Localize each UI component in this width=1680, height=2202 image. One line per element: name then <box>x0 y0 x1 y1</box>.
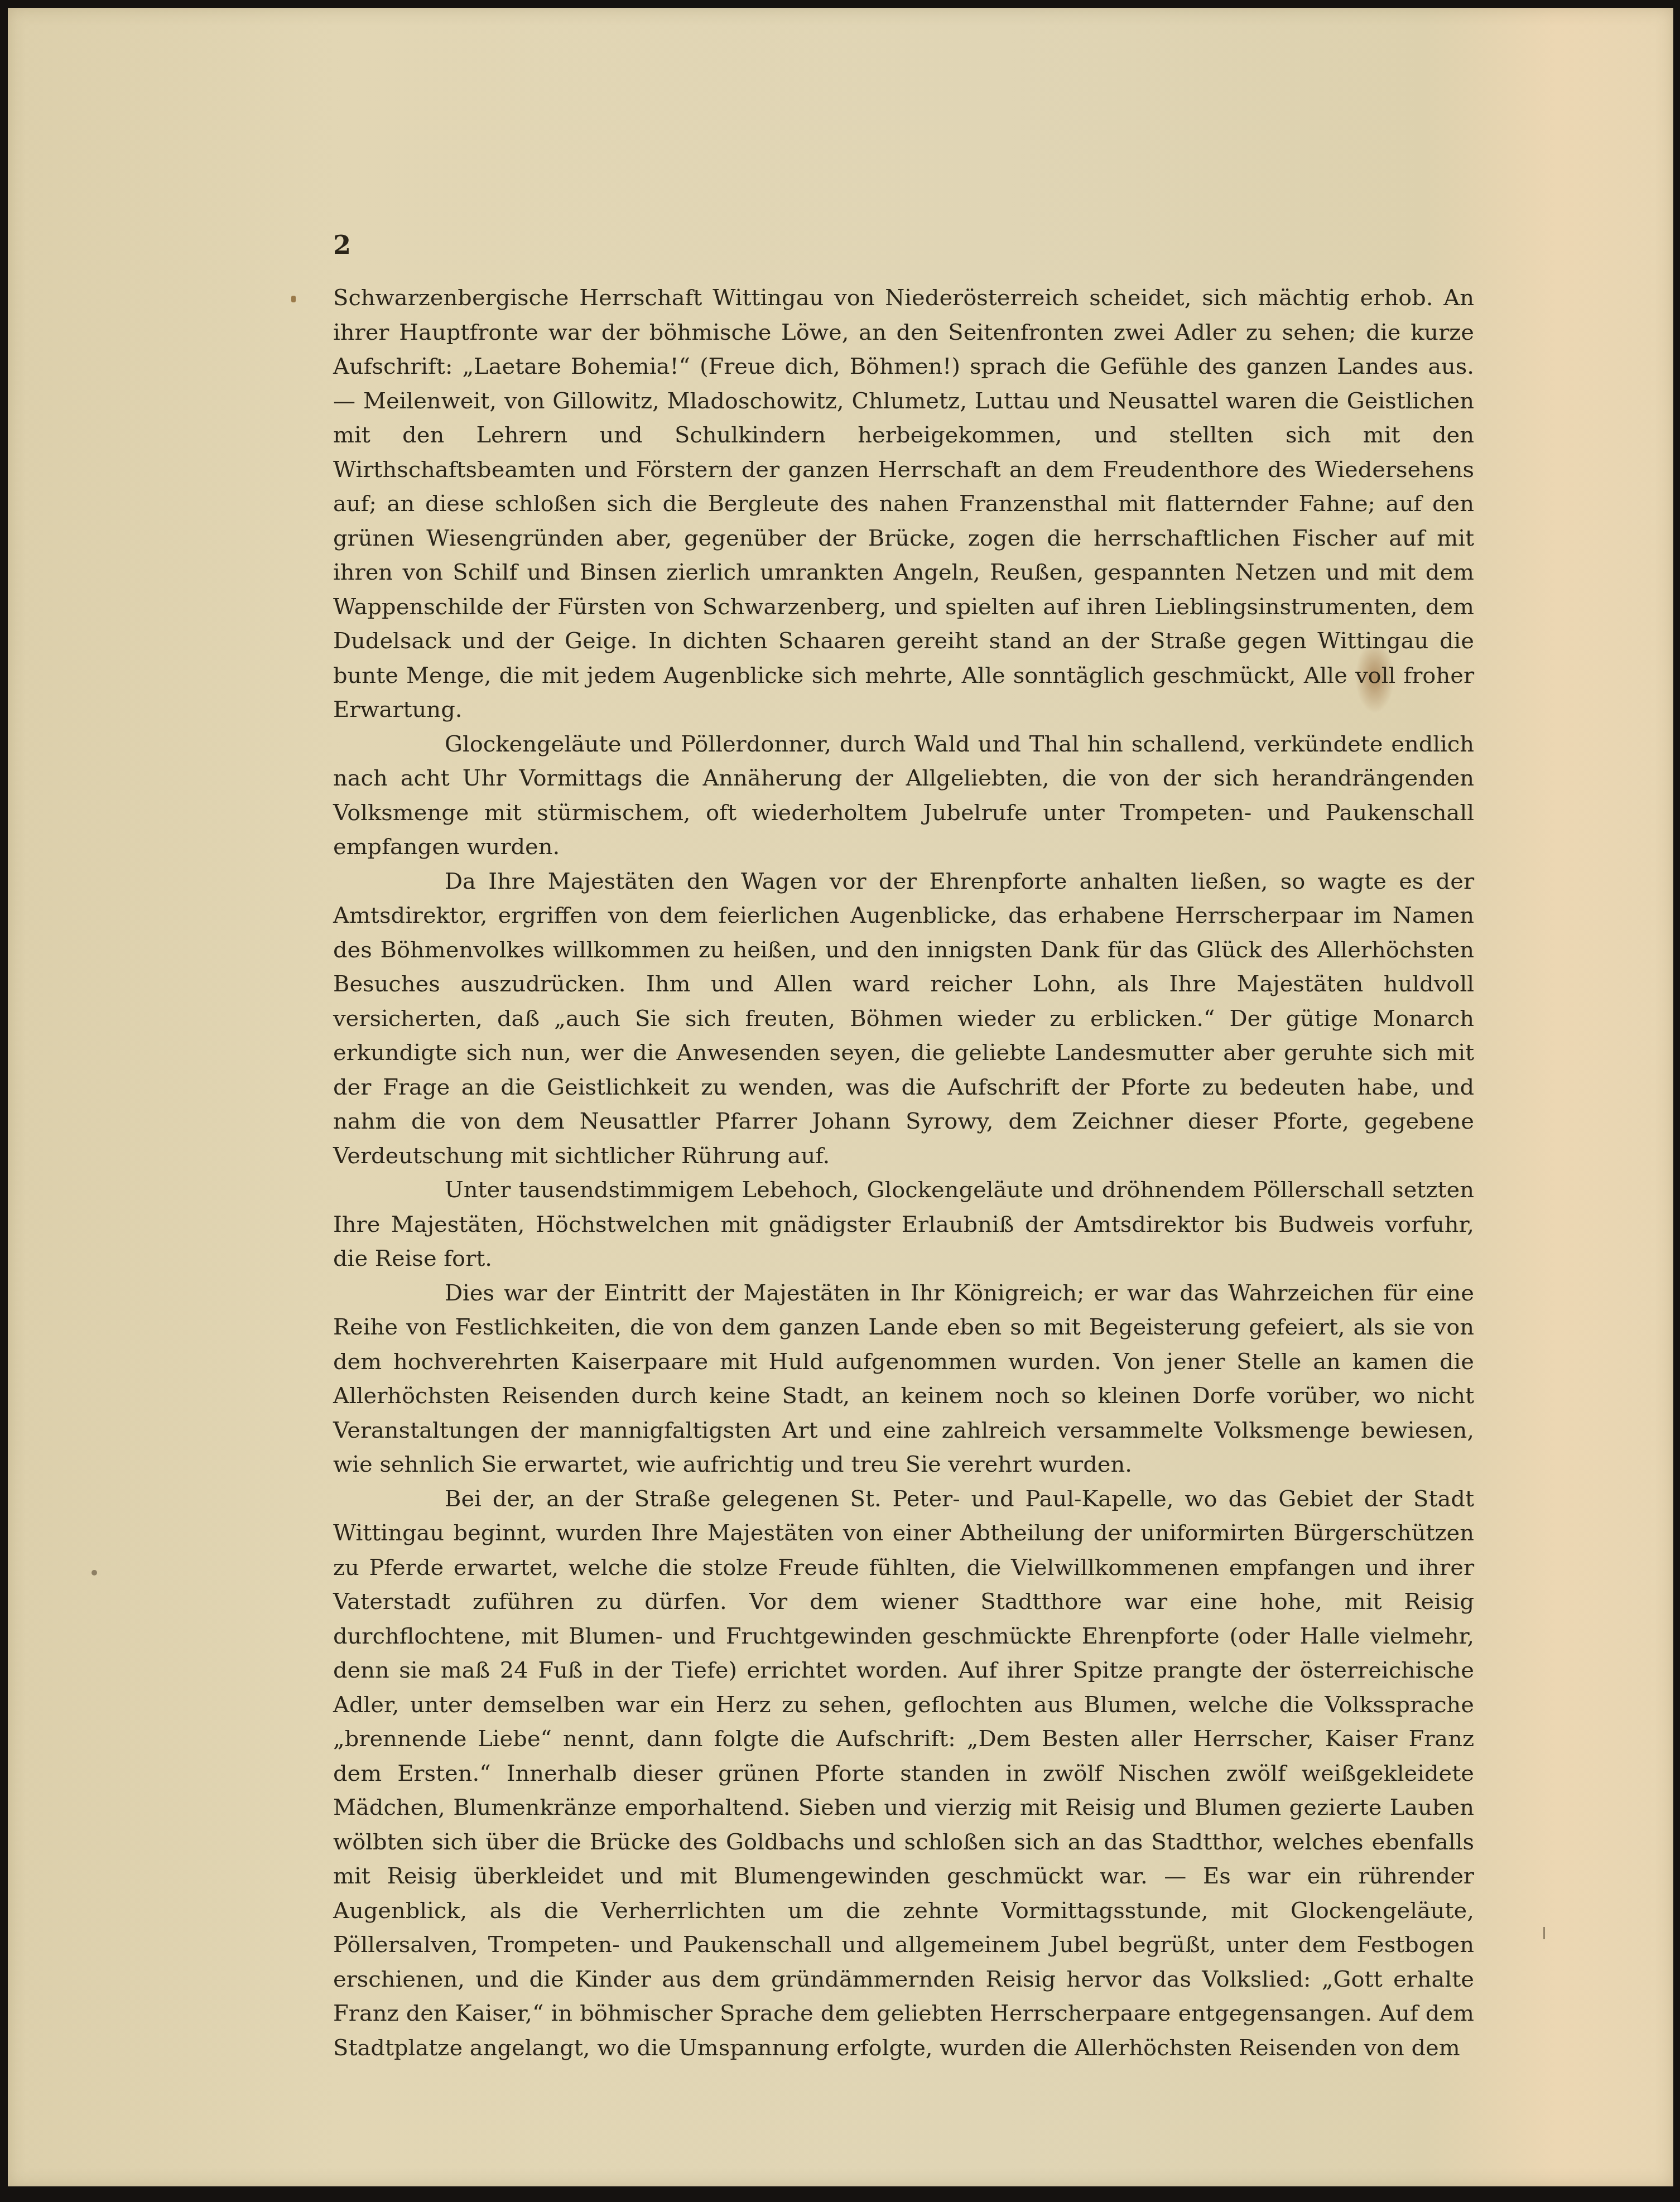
paragraph-3: Da Ihre Majestäten den Wagen vor der Ehr… <box>333 865 1474 1174</box>
page-number: 2 <box>333 230 351 260</box>
scanned-page: 2 Schwarzenbergische Herrschaft Wittinga… <box>8 8 1673 2186</box>
margin-tick <box>1543 1927 1545 1939</box>
paragraph-5: Dies war der Eintritt der Majestäten in … <box>333 1276 1474 1482</box>
paragraph-6: Bei der, an der Straße gelegenen St. Pet… <box>333 1482 1474 2066</box>
paragraph-1: Schwarzenbergische Herrschaft Wittingau … <box>333 281 1474 727</box>
margin-spot <box>92 1570 97 1575</box>
margin-ink-mark <box>291 296 296 302</box>
paragraph-2: Glockengeläute und Pöllerdonner, durch W… <box>333 727 1474 865</box>
paragraph-4: Unter tausendstimmigem Lebehoch, Glocken… <box>333 1173 1474 1276</box>
body-text: Schwarzenbergische Herrschaft Wittingau … <box>333 281 1474 2065</box>
